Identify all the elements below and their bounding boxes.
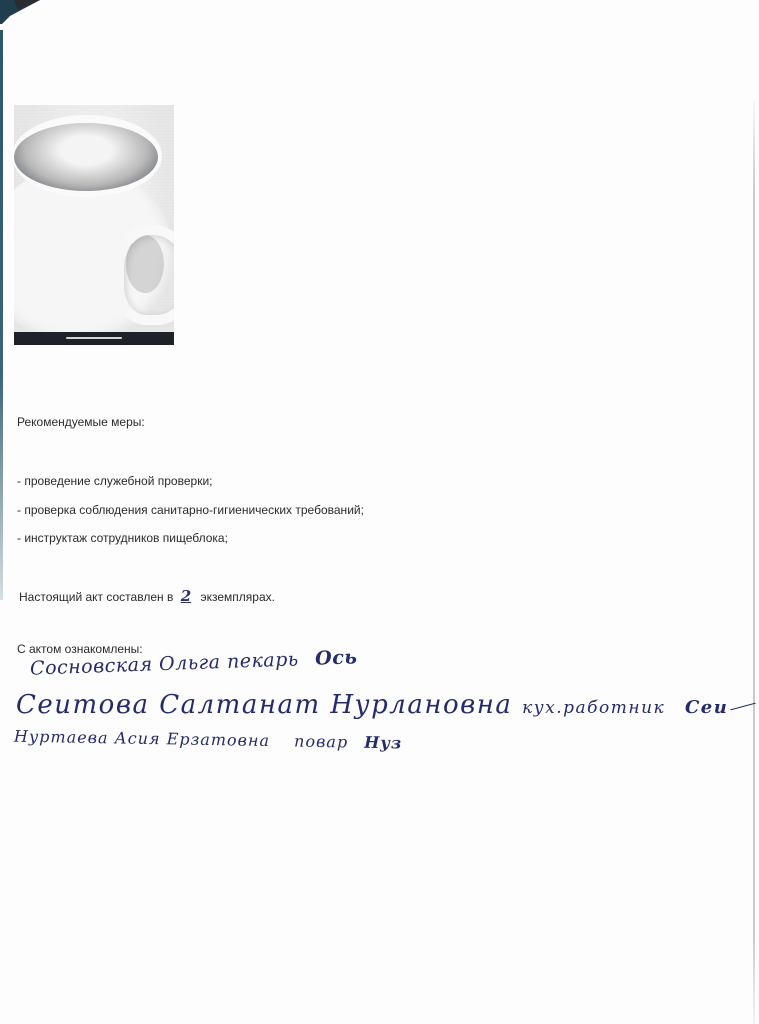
signer-name: Нуртаева Асия Ерзатовна (14, 727, 270, 750)
act-copies-statement: Настоящий акт составлен в 2 экземплярах. (19, 587, 275, 605)
signer-name: Сеитова Салтанат Нурлановна (16, 690, 512, 720)
phone-nav-bar (14, 332, 174, 345)
signer-position: пекарь (227, 648, 299, 672)
measure-item: - инструктаж сотрудников пищеблока; (17, 531, 228, 545)
scan-corner-artifact (0, 0, 44, 24)
signature: Нуз (364, 733, 402, 753)
signature-line: Нуртаева Асия Ерзатовна повар Нуз (14, 727, 402, 753)
home-indicator-icon (66, 337, 122, 339)
recommended-heading: Рекомендуемые меры: (17, 415, 145, 429)
scan-edge-right (753, 100, 755, 1024)
coffee-surface (14, 123, 158, 191)
signature: Ось (315, 646, 358, 669)
signature: Сеи (685, 697, 728, 718)
act-copies-suffix: экземплярах. (200, 590, 274, 604)
act-copies-prefix: Настоящий акт составлен в (19, 590, 173, 604)
measure-item: - проведение служебной проверки; (17, 474, 212, 488)
signer-position: кух.работник (522, 698, 665, 718)
scan-edge-left (0, 30, 3, 600)
handwritten-copies-number: 2 (181, 587, 191, 605)
mug-handle (114, 225, 174, 325)
measure-item: - проверка соблюдения санитарно-гигиенич… (17, 503, 364, 517)
mug-photo (14, 105, 174, 345)
signer-position: повар (294, 732, 348, 752)
signature-line: Сеитова Салтанат Нурлановна кух.работник… (16, 690, 756, 720)
